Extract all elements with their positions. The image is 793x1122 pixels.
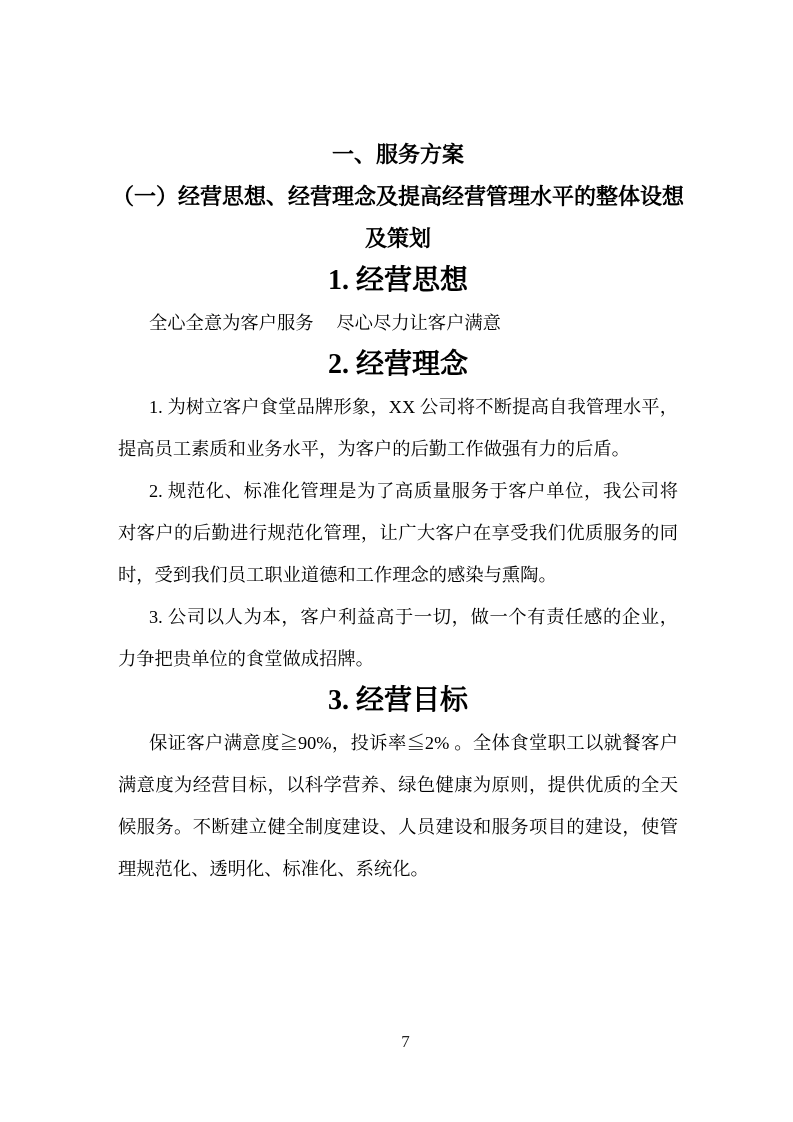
paragraph-concept-3: 3. 公司以人为本，客户利益高于一切，做一个有责任感的企业，力争把贵单位的食堂做… <box>118 596 678 680</box>
subsection-heading-business-concept: 2. 经营理念 <box>118 344 678 386</box>
subsection-heading-business-philosophy: 1. 经营思想 <box>118 260 678 302</box>
page-footer: 7 <box>0 1030 793 1054</box>
section-heading: （一）经营思想、经营理念及提高经营管理水平的整体设想及策划 <box>105 176 691 260</box>
document-content: 一、服务方案 （一）经营思想、经营理念及提高经营管理水平的整体设想及策划 1. … <box>118 134 678 890</box>
paragraph-concept-2: 2. 规范化、标准化管理是为了高质量服务于客户单位，我公司将对客户的后勤进行规范… <box>118 470 678 596</box>
document-title: 一、服务方案 <box>118 134 678 176</box>
paragraph-concept-1: 1. 为树立客户食堂品牌形象，XX 公司将不断提高自我管理水平，提高员工素质和业… <box>118 386 678 470</box>
paragraph-motto: 全心全意为客户服务 尽心尽力让客户满意 <box>118 302 678 344</box>
page-number: 7 <box>401 1030 410 1054</box>
document-page: 一、服务方案 （一）经营思想、经营理念及提高经营管理水平的整体设想及策划 1. … <box>0 0 793 1122</box>
paragraph-goal: 保证客户满意度≧90%，投诉率≦2% 。全体食堂职工以就餐客户满意度为经营目标，… <box>118 722 678 890</box>
subsection-heading-business-goal: 3. 经营目标 <box>118 680 678 722</box>
